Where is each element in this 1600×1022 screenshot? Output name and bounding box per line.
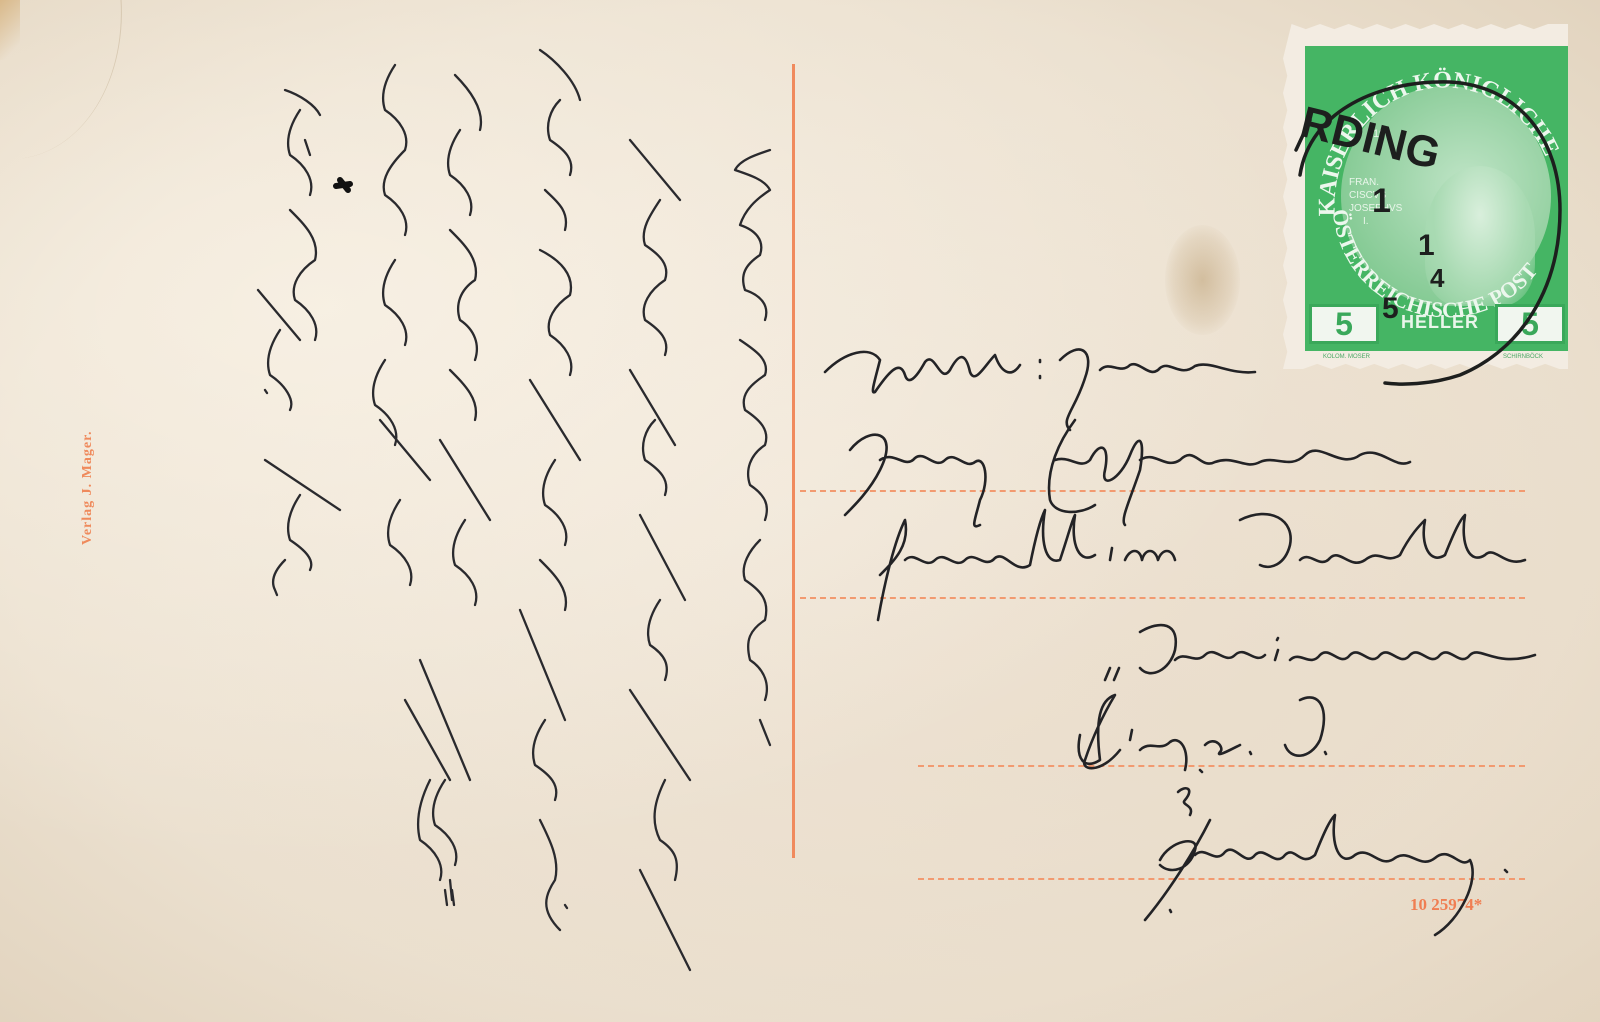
address-line-1 [800,490,1525,492]
svg-text:KAISERLICH KÖNIGLICHE: KAISERLICH KÖNIGLICHE [1315,67,1564,216]
message-address-divider [792,64,795,858]
postcard: Verlag J. Mager. 10 25974* 19 FRAN. CISC… [0,0,1600,1022]
paper-crease [0,0,142,158]
stamp-legend-top: KAISERLICH KÖNIGLICHE [1315,67,1564,216]
foxing-stain [1165,225,1240,335]
message-handwriting [258,50,770,970]
stamp-value-left: 5 [1309,304,1379,344]
address-line-3 [918,765,1525,767]
address-handwriting [825,350,1535,935]
stamp-engraver-credit: SCHIRNBÖCK [1503,354,1543,360]
publisher-imprint: Verlag J. Mager. [80,431,96,546]
serial-number: 10 25974* [1410,895,1482,915]
address-line-2 [800,597,1525,599]
stamp-design: 19 FRAN. CISCVS JOSEPHVS I. KAISERLICH K… [1305,46,1568,351]
postage-stamp: 19 FRAN. CISCVS JOSEPHVS I. KAISERLICH K… [1283,24,1568,369]
address-line-4 [918,878,1525,880]
stamp-value-right: 5 [1495,304,1565,344]
stamp-denomination: HELLER [1401,312,1479,333]
stamp-designer-credit: KOLOM. MOSER [1323,354,1370,360]
